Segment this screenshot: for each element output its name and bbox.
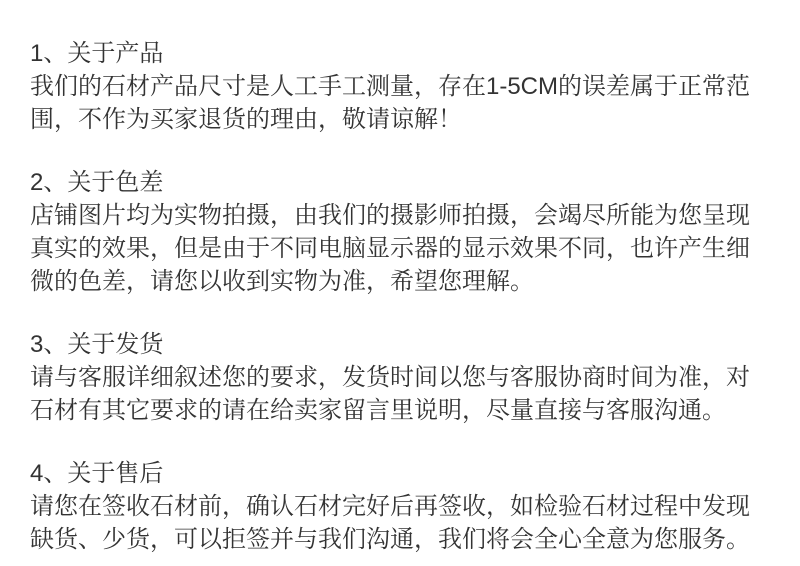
section-heading: 3、关于发货: [30, 328, 770, 361]
section-heading: 2、关于色差: [30, 166, 770, 199]
section-heading: 1、关于产品: [30, 37, 770, 70]
section-body: 我们的石材产品尺寸是人工手工测量，存在1-5CM的误差属于正常范围，不作为买家退…: [30, 70, 770, 136]
section-about-product: 1、关于产品 我们的石材产品尺寸是人工手工测量，存在1-5CM的误差属于正常范围…: [30, 37, 770, 136]
section-body: 店铺图片均为实物拍摄，由我们的摄影师拍摄，会竭尽所能为您呈现真实的效果，但是由于…: [30, 199, 770, 298]
section-heading: 4、关于售后: [30, 457, 770, 490]
section-about-color-difference: 2、关于色差 店铺图片均为实物拍摄，由我们的摄影师拍摄，会竭尽所能为您呈现真实的…: [30, 166, 770, 298]
product-notice-page: 1、关于产品 我们的石材产品尺寸是人工手工测量，存在1-5CM的误差属于正常范围…: [0, 0, 800, 566]
section-body: 请您在签收石材前，确认石材完好后再签收，如检验石材过程中发现缺货、少货，可以拒签…: [30, 490, 770, 556]
section-about-after-sales: 4、关于售后 请您在签收石材前，确认石材完好后再签收，如检验石材过程中发现缺货、…: [30, 457, 770, 556]
section-about-shipping: 3、关于发货 请与客服详细叙述您的要求，发货时间以您与客服协商时间为准，对石材有…: [30, 328, 770, 427]
section-body: 请与客服详细叙述您的要求，发货时间以您与客服协商时间为准，对石材有其它要求的请在…: [30, 361, 770, 427]
